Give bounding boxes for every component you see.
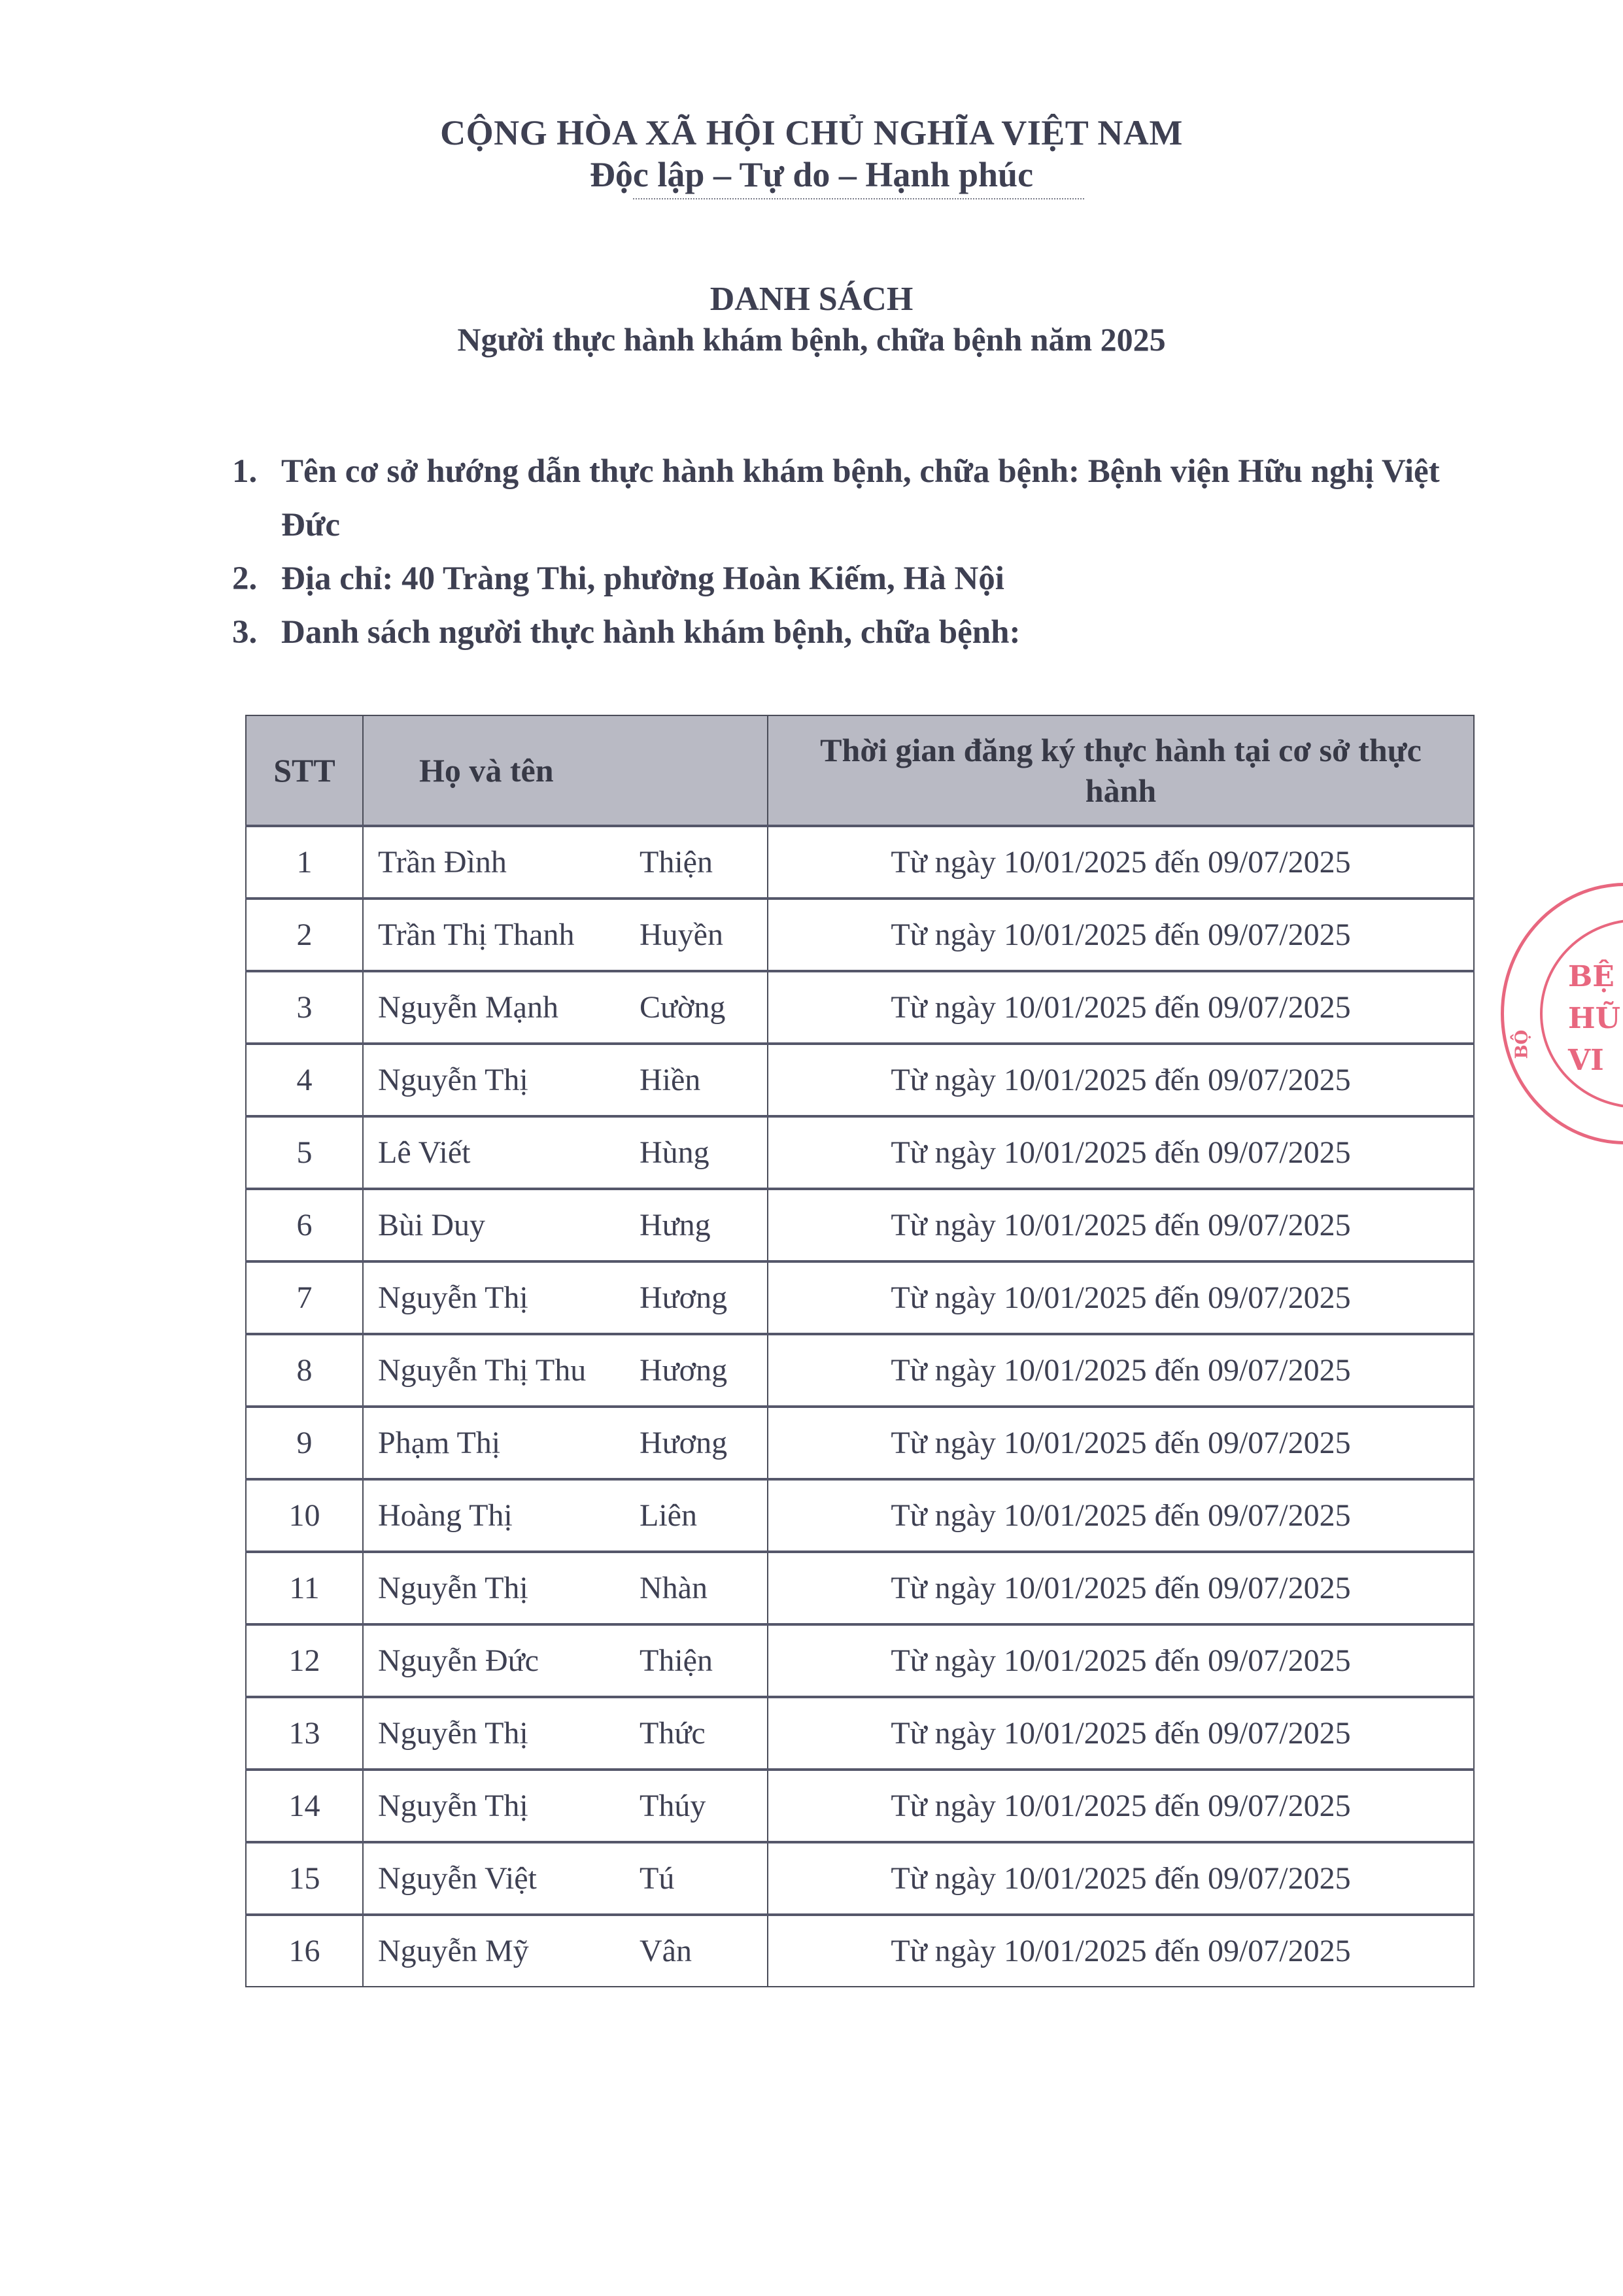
table-row: 8 Nguyễn Thị ThuHương Từ ngày 10/01/2025… bbox=[246, 1334, 1474, 1407]
table-row: 6 Bùi DuyHưng Từ ngày 10/01/2025 đến 09/… bbox=[246, 1189, 1474, 1261]
header-period: Thời gian đăng ký thực hành tại cơ sở th… bbox=[768, 715, 1474, 826]
seal-line: VI bbox=[1568, 1040, 1620, 1082]
cell-stt: 8 bbox=[246, 1334, 363, 1407]
cell-period: Từ ngày 10/01/2025 đến 09/07/2025 bbox=[768, 1116, 1474, 1189]
surname: Trần Thị Thanh bbox=[378, 917, 640, 953]
cell-name: Lê ViếtHùng bbox=[363, 1116, 768, 1189]
given-name: Hùng bbox=[640, 1135, 709, 1171]
surname: Nguyễn Thị bbox=[378, 1280, 640, 1316]
cell-name: Bùi DuyHưng bbox=[363, 1189, 768, 1261]
surname: Nguyễn Thị bbox=[378, 1062, 640, 1098]
cell-name: Nguyễn ThịHiền bbox=[363, 1044, 768, 1116]
given-name: Vân bbox=[640, 1933, 692, 1969]
header-name: Họ và tên bbox=[363, 715, 768, 826]
cell-name: Nguyễn ThịNhàn bbox=[363, 1552, 768, 1624]
practitioner-table: STT Họ và tên Thời gian đăng ký thực hàn… bbox=[245, 715, 1475, 1987]
cell-stt: 5 bbox=[246, 1116, 363, 1189]
given-name: Thúy bbox=[640, 1788, 706, 1824]
cell-name: Nguyễn Thị ThuHương bbox=[363, 1334, 768, 1407]
cell-stt: 6 bbox=[246, 1189, 363, 1261]
table-header-row: STT Họ và tên Thời gian đăng ký thực hàn… bbox=[246, 715, 1474, 826]
surname: Hoàng Thị bbox=[378, 1498, 640, 1534]
given-name: Liên bbox=[640, 1498, 697, 1534]
motto-heading: Độc lập – Tự do – Hạnh phúc bbox=[0, 154, 1623, 195]
table-row: 10 Hoàng ThịLiên Từ ngày 10/01/2025 đến … bbox=[246, 1479, 1474, 1552]
given-name: Hiền bbox=[640, 1062, 700, 1098]
seal-side-text: BỘ bbox=[1512, 1030, 1531, 1059]
table-row: 4 Nguyễn ThịHiền Từ ngày 10/01/2025 đến … bbox=[246, 1044, 1474, 1116]
table-row: 16 Nguyễn MỹVân Từ ngày 10/01/2025 đến 0… bbox=[246, 1915, 1474, 1987]
cell-stt: 2 bbox=[246, 899, 363, 971]
cell-period: Từ ngày 10/01/2025 đến 09/07/2025 bbox=[768, 1624, 1474, 1697]
given-name: Cường bbox=[640, 989, 725, 1025]
cell-name: Nguyễn ĐứcThiện bbox=[363, 1624, 768, 1697]
nation-heading: CỘNG HÒA XÃ HỘI CHỦ NGHĨA VIỆT NAM bbox=[0, 112, 1623, 153]
header-stt: STT bbox=[246, 715, 363, 826]
info-number: 1. bbox=[232, 445, 257, 498]
cell-stt: 9 bbox=[246, 1407, 363, 1479]
cell-name: Nguyễn MỹVân bbox=[363, 1915, 768, 1987]
info-list: 1. Tên cơ sở hướng dẫn thực hành khám bệ… bbox=[232, 445, 1475, 659]
cell-period: Từ ngày 10/01/2025 đến 09/07/2025 bbox=[768, 1044, 1474, 1116]
seal-line: HŨ bbox=[1568, 998, 1620, 1040]
cell-name: Hoàng ThịLiên bbox=[363, 1479, 768, 1552]
seal-line: BỆ bbox=[1568, 956, 1620, 998]
info-number: 3. bbox=[232, 606, 257, 659]
given-name: Hưng bbox=[640, 1207, 711, 1243]
cell-period: Từ ngày 10/01/2025 đến 09/07/2025 bbox=[768, 1334, 1474, 1407]
info-number: 2. bbox=[232, 552, 257, 606]
given-name: Hương bbox=[640, 1425, 727, 1461]
given-name: Hương bbox=[640, 1280, 727, 1316]
motto-underline bbox=[633, 198, 1084, 199]
surname: Nguyễn Mạnh bbox=[378, 989, 640, 1025]
cell-name: Nguyễn ThịThúy bbox=[363, 1770, 768, 1842]
info-item-address: 2. Địa chỉ: 40 Tràng Thi, phường Hoàn Ki… bbox=[232, 552, 1475, 606]
table-row: 12 Nguyễn ĐứcThiện Từ ngày 10/01/2025 đế… bbox=[246, 1624, 1474, 1697]
cell-name: Phạm ThịHương bbox=[363, 1407, 768, 1479]
cell-stt: 1 bbox=[246, 826, 363, 899]
surname: Lê Viết bbox=[378, 1135, 640, 1171]
surname: Nguyễn Thị bbox=[378, 1570, 640, 1606]
surname: Nguyễn Thị bbox=[378, 1788, 640, 1824]
cell-name: Trần Thị ThanhHuyền bbox=[363, 899, 768, 971]
cell-name: Nguyễn MạnhCường bbox=[363, 971, 768, 1044]
cell-period: Từ ngày 10/01/2025 đến 09/07/2025 bbox=[768, 826, 1474, 899]
info-text: Địa chỉ: 40 Tràng Thi, phường Hoàn Kiếm,… bbox=[281, 560, 1004, 597]
info-text: Tên cơ sở hướng dẫn thực hành khám bệnh,… bbox=[281, 453, 1440, 543]
cell-stt: 10 bbox=[246, 1479, 363, 1552]
cell-period: Từ ngày 10/01/2025 đến 09/07/2025 bbox=[768, 1261, 1474, 1334]
surname: Nguyễn Thị bbox=[378, 1715, 640, 1751]
cell-period: Từ ngày 10/01/2025 đến 09/07/2025 bbox=[768, 1842, 1474, 1915]
given-name: Nhàn bbox=[640, 1570, 708, 1606]
cell-period: Từ ngày 10/01/2025 đến 09/07/2025 bbox=[768, 1189, 1474, 1261]
given-name: Hương bbox=[640, 1352, 727, 1388]
given-name: Tú bbox=[640, 1860, 674, 1896]
given-name: Thiện bbox=[640, 844, 713, 880]
info-item-list-label: 3. Danh sách người thực hành khám bệnh, … bbox=[232, 606, 1475, 659]
document-subtitle: Người thực hành khám bệnh, chữa bệnh năm… bbox=[0, 320, 1623, 358]
table-row: 7 Nguyễn ThịHương Từ ngày 10/01/2025 đến… bbox=[246, 1261, 1474, 1334]
cell-name: Trần ĐìnhThiện bbox=[363, 826, 768, 899]
table-row: 13 Nguyễn ThịThức Từ ngày 10/01/2025 đến… bbox=[246, 1697, 1474, 1770]
surname: Nguyễn Mỹ bbox=[378, 1933, 640, 1969]
table-row: 1 Trần ĐìnhThiện Từ ngày 10/01/2025 đến … bbox=[246, 826, 1474, 899]
cell-stt: 16 bbox=[246, 1915, 363, 1987]
table-row: 15 Nguyễn ViệtTú Từ ngày 10/01/2025 đến … bbox=[246, 1842, 1474, 1915]
document-title: DANH SÁCH bbox=[0, 280, 1623, 318]
cell-period: Từ ngày 10/01/2025 đến 09/07/2025 bbox=[768, 1407, 1474, 1479]
cell-name: Nguyễn ThịHương bbox=[363, 1261, 768, 1334]
cell-stt: 15 bbox=[246, 1842, 363, 1915]
surname: Phạm Thị bbox=[378, 1425, 640, 1461]
surname: Nguyễn Đức bbox=[378, 1643, 640, 1679]
info-text: Danh sách người thực hành khám bệnh, chữ… bbox=[281, 614, 1020, 651]
cell-stt: 4 bbox=[246, 1044, 363, 1116]
cell-stt: 11 bbox=[246, 1552, 363, 1624]
surname: Nguyễn Việt bbox=[378, 1860, 640, 1896]
cell-stt: 3 bbox=[246, 971, 363, 1044]
cell-period: Từ ngày 10/01/2025 đến 09/07/2025 bbox=[768, 1915, 1474, 1987]
given-name: Thiện bbox=[640, 1643, 713, 1679]
table-row: 14 Nguyễn ThịThúy Từ ngày 10/01/2025 đến… bbox=[246, 1770, 1474, 1842]
table-row: 9 Phạm ThịHương Từ ngày 10/01/2025 đến 0… bbox=[246, 1407, 1474, 1479]
surname: Trần Đình bbox=[378, 844, 640, 880]
surname: Nguyễn Thị Thu bbox=[378, 1352, 640, 1388]
table-body: 1 Trần ĐìnhThiện Từ ngày 10/01/2025 đến … bbox=[246, 826, 1474, 1987]
table-row: 3 Nguyễn MạnhCường Từ ngày 10/01/2025 đế… bbox=[246, 971, 1474, 1044]
table-row: 5 Lê ViếtHùng Từ ngày 10/01/2025 đến 09/… bbox=[246, 1116, 1474, 1189]
surname: Bùi Duy bbox=[378, 1207, 640, 1243]
given-name: Thức bbox=[640, 1715, 706, 1751]
cell-period: Từ ngày 10/01/2025 đến 09/07/2025 bbox=[768, 1770, 1474, 1842]
table-row: 2 Trần Thị ThanhHuyền Từ ngày 10/01/2025… bbox=[246, 899, 1474, 971]
cell-period: Từ ngày 10/01/2025 đến 09/07/2025 bbox=[768, 1479, 1474, 1552]
cell-period: Từ ngày 10/01/2025 đến 09/07/2025 bbox=[768, 899, 1474, 971]
seal-text: BỆ HŨ VI bbox=[1568, 956, 1620, 1082]
cell-period: Từ ngày 10/01/2025 đến 09/07/2025 bbox=[768, 1697, 1474, 1770]
cell-stt: 14 bbox=[246, 1770, 363, 1842]
info-item-facility: 1. Tên cơ sở hướng dẫn thực hành khám bệ… bbox=[232, 445, 1475, 552]
cell-stt: 12 bbox=[246, 1624, 363, 1697]
cell-stt: 7 bbox=[246, 1261, 363, 1334]
cell-period: Từ ngày 10/01/2025 đến 09/07/2025 bbox=[768, 971, 1474, 1044]
table-row: 11 Nguyễn ThịNhàn Từ ngày 10/01/2025 đến… bbox=[246, 1552, 1474, 1624]
official-seal: BỆ HŨ VI BỘ bbox=[1501, 883, 1623, 1157]
cell-name: Nguyễn ViệtTú bbox=[363, 1842, 768, 1915]
cell-name: Nguyễn ThịThức bbox=[363, 1697, 768, 1770]
cell-stt: 13 bbox=[246, 1697, 363, 1770]
given-name: Huyền bbox=[640, 917, 723, 953]
cell-period: Từ ngày 10/01/2025 đến 09/07/2025 bbox=[768, 1552, 1474, 1624]
